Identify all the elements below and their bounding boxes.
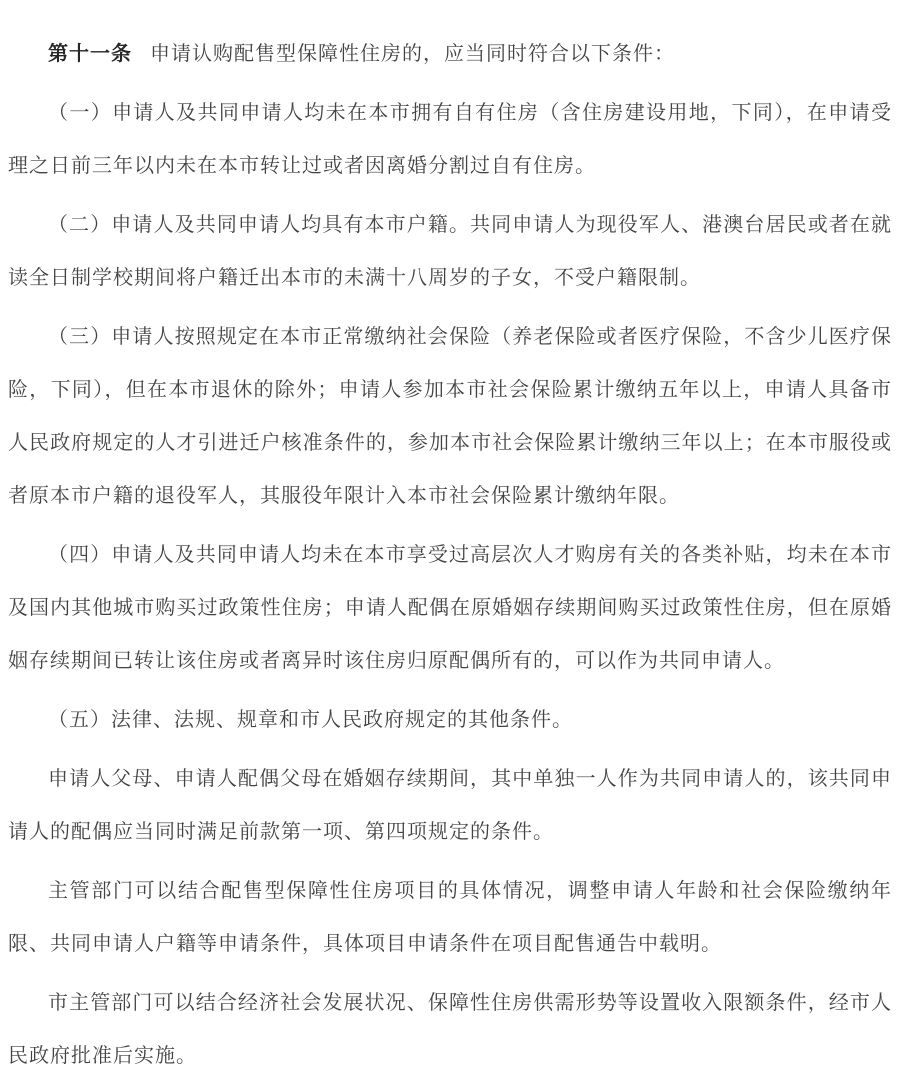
paragraph-joint-applicant-spouse: 申请人父母、申请人配偶父母在婚姻存续期间，其中单独一人作为共同申请人的，该共同申… xyxy=(8,753,892,859)
document-page: 第十一条申请认购配售型保障性住房的，应当同时符合以下条件： （一）申请人及共同申… xyxy=(0,0,902,1080)
article-intro: 申请认购配售型保障性住房的，应当同时符合以下条件： xyxy=(150,43,675,65)
article-heading: 第十一条申请认购配售型保障性住房的，应当同时符合以下条件： xyxy=(8,28,892,81)
clause-5: （五）法律、法规、规章和市人民政府规定的其他条件。 xyxy=(8,694,892,747)
paragraph-authority-adjustment: 主管部门可以结合配售型保障性住房项目的具体情况，调整申请人年龄和社会保险缴纳年限… xyxy=(8,865,892,971)
clause-2: （二）申请人及共同申请人均具有本市户籍。共同申请人为现役军人、港澳台居民或者在就… xyxy=(8,199,892,305)
clause-4: （四）申请人及共同申请人均未在本市享受过高层次人才购房有关的各类补贴，均未在本市… xyxy=(8,529,892,688)
clause-3: （三）申请人按照规定在本市正常缴纳社会保险（养老保险或者医疗保险，不含少儿医疗保… xyxy=(8,311,892,523)
clause-1: （一）申请人及共同申请人均未在本市拥有自有住房（含住房建设用地，下同），在申请受… xyxy=(8,87,892,193)
paragraph-income-limit: 市主管部门可以结合经济社会发展状况、保障性住房供需形势等设置收入限额条件，经市人… xyxy=(8,977,892,1080)
article-number: 第十一条 xyxy=(48,43,132,65)
